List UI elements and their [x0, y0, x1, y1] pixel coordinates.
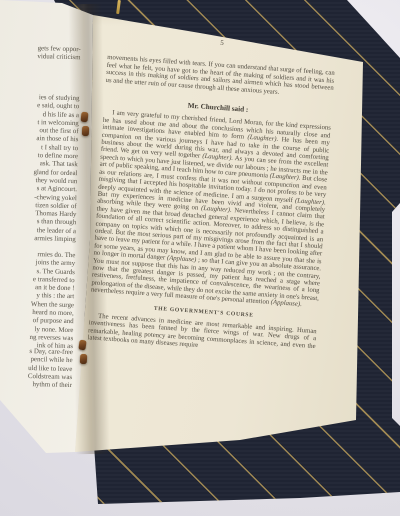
left-fragments-upper: ies of studyinge said, ought tod his lif…: [0, 93, 80, 245]
binding-staple: [82, 126, 89, 136]
fragment-line: hythm of their: [0, 380, 72, 391]
fragment-line: armies limping: [0, 234, 76, 245]
binding-staple: [80, 354, 88, 364]
left-fragments-lower: s Day, care-freepencil while heuld like …: [0, 347, 73, 391]
binding-staple: [80, 112, 88, 123]
left-fragments-middle: rmies do. Thejoins the armys. The Guards…: [0, 250, 75, 352]
photo-of-open-booklet: { "colors": { "cover_navy": "#1f2433", "…: [0, 0, 400, 516]
continuation-paragraph: movements his eyes filled with tears. If…: [105, 54, 335, 99]
fragment-line: vidual criticism: [0, 52, 81, 63]
left-fragments-top: gets few oppor-vidual criticism: [0, 44, 81, 63]
right-page-text: 5 movements his eyes filled with tears. …: [87, 18, 337, 358]
speech-paragraph: I am very grateful to my cherished frien…: [91, 109, 331, 310]
